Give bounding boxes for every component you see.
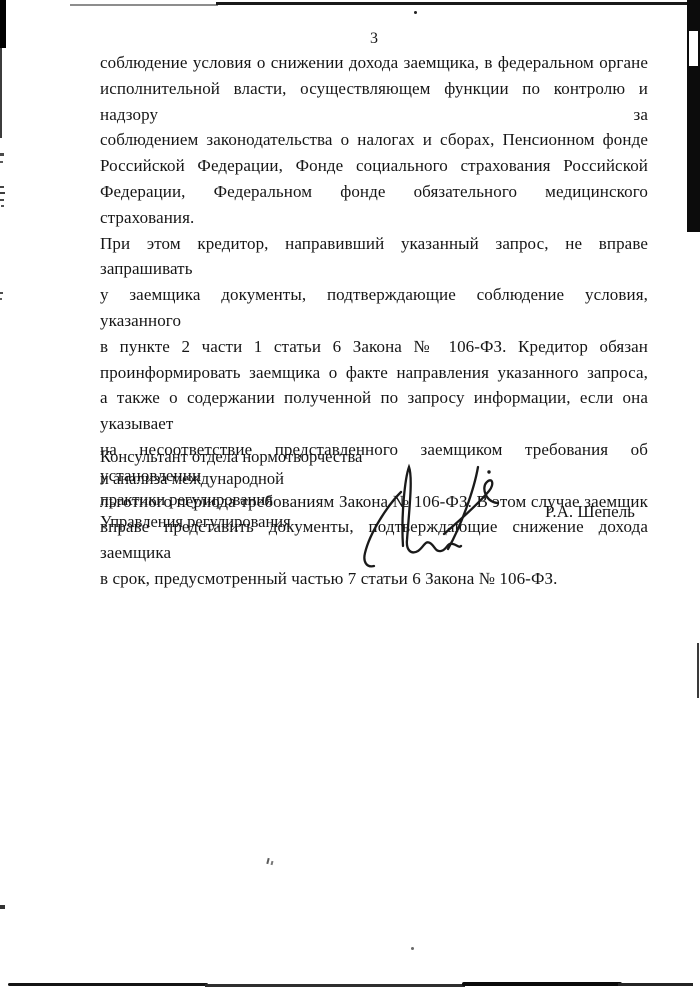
- signature-title-line: Управления регулирования: [100, 511, 362, 533]
- scan-artifact-dot-bottom: [411, 947, 414, 950]
- scan-artifact-bottom-line: [205, 984, 465, 987]
- body-line: При этом кредитор, направивший указанный…: [100, 231, 648, 283]
- scan-artifact-left-speck: [0, 186, 4, 188]
- scan-artifact-bottom-line: [8, 983, 208, 986]
- scan-artifact-mark-mid: [266, 858, 269, 864]
- page-number: 3: [100, 30, 648, 48]
- scanned-document-page: 3 соблюдение условия о снижении дохода з…: [0, 0, 700, 990]
- body-line: Российской Федерации, Фонде социального …: [100, 153, 648, 179]
- scan-artifact-mark-mid: [271, 861, 274, 865]
- body-line: в пункте 2 части 1 статьи 6 Закона № 106…: [100, 334, 648, 360]
- body-line: у заемщика документы, подтверждающие соб…: [100, 282, 648, 334]
- signature-title-line: практики регулирования: [100, 489, 362, 511]
- scan-artifact-left-line: [0, 48, 2, 138]
- scan-artifact-left-block: [0, 0, 6, 48]
- scan-artifact-bottom-line: [618, 983, 693, 986]
- handwritten-signature: [338, 450, 513, 578]
- scan-artifact-top-line-black: [216, 2, 700, 5]
- body-line: исполнительной власти, осуществляющем фу…: [100, 76, 648, 128]
- scan-artifact-left-speck: [0, 298, 2, 300]
- scan-artifact-top-line-gray: [70, 4, 218, 6]
- signature-title-block: Консультант отдела нормотворчества и ана…: [100, 446, 362, 532]
- scan-artifact-dot-top: [414, 11, 417, 14]
- scan-artifact-left-speck: [0, 161, 3, 163]
- signature-title-line: Консультант отдела нормотворчества: [100, 446, 362, 468]
- body-line: проинформировать заемщика о факте направ…: [100, 360, 648, 386]
- scan-artifact-left-dash: [0, 905, 5, 909]
- body-line: соблюдение условия о снижении дохода зае…: [100, 50, 648, 76]
- scan-artifact-left-speck: [0, 192, 5, 194]
- scan-artifact-left-speck: [0, 153, 4, 156]
- scan-artifact-right-sliver: [697, 643, 699, 698]
- scan-artifact-left-speck: [0, 199, 4, 201]
- body-line: а также о содержании полученной по запро…: [100, 385, 648, 437]
- signer-name: Р.А. Шепель: [545, 502, 635, 522]
- signature-title-line: и анализа международной: [100, 468, 362, 490]
- body-line: соблюдением законодательства о налогах и…: [100, 127, 648, 153]
- scan-artifact-right-strip-notch: [689, 31, 698, 66]
- scan-artifact-left-speck: [0, 292, 3, 294]
- scan-artifact-bottom-line: [462, 982, 622, 986]
- body-line: Федерации, Федеральном фонде обязательно…: [100, 179, 648, 231]
- scan-artifact-left-speck: [1, 205, 4, 207]
